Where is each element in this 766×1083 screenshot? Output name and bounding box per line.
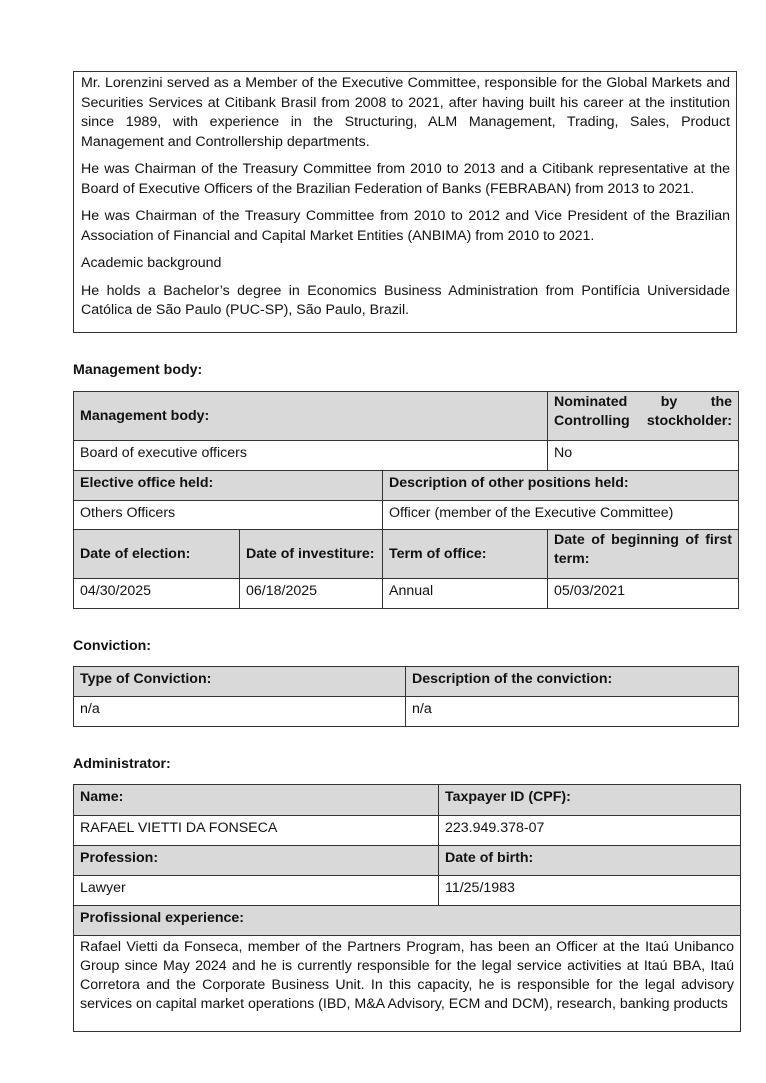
date-investiture-value: 06/18/2025 bbox=[240, 579, 383, 609]
management-body-value: Board of executive officers bbox=[74, 441, 548, 471]
name-value: RAFAEL VIETTI DA FONSECA bbox=[74, 816, 439, 846]
nominated-value: No bbox=[548, 441, 739, 471]
administrator-table: Name: Taxpayer ID (CPF): RAFAEL VIETTI D… bbox=[73, 784, 741, 1032]
date-election-label: Date of election: bbox=[74, 530, 240, 579]
biography-box: Mr. Lorenzini served as a Member of the … bbox=[73, 71, 737, 333]
date-election-value: 04/30/2025 bbox=[74, 579, 240, 609]
cpf-value: 223.949.378-07 bbox=[439, 816, 741, 846]
conviction-type-label: Type of Conviction: bbox=[74, 667, 406, 697]
management-body-label: Management body: bbox=[74, 392, 548, 441]
bio-paragraph: Mr. Lorenzini served as a Member of the … bbox=[81, 74, 730, 152]
conviction-section-title: Conviction: bbox=[73, 638, 151, 654]
birth-label: Date of birth: bbox=[439, 846, 741, 876]
administrator-section-title: Administrator: bbox=[73, 756, 171, 772]
first-term-label: Date of beginning of first term: bbox=[548, 530, 739, 579]
term-label: Term of office: bbox=[383, 530, 548, 579]
management-table: Management body: Nominated by the Contro… bbox=[73, 391, 739, 609]
term-value: Annual bbox=[383, 579, 548, 609]
conviction-description-value: n/a bbox=[406, 697, 739, 727]
birth-value: 11/25/1983 bbox=[439, 876, 741, 906]
nominated-label: Nominated by the Controlling stockholder… bbox=[548, 392, 739, 441]
experience-value: Rafael Vietti da Fonseca, member of the … bbox=[74, 936, 741, 1032]
date-investiture-label: Date of investiture: bbox=[240, 530, 383, 579]
cpf-label: Taxpayer ID (CPF): bbox=[439, 785, 741, 816]
conviction-type-value: n/a bbox=[74, 697, 406, 727]
elective-office-label: Elective office held: bbox=[74, 471, 383, 501]
bio-paragraph: He holds a Bachelor’s degree in Economic… bbox=[81, 282, 730, 321]
elective-office-value: Others Officers bbox=[74, 501, 383, 530]
profession-label: Profession: bbox=[74, 846, 439, 876]
academic-background-heading: Academic background bbox=[81, 254, 730, 274]
name-label: Name: bbox=[74, 785, 439, 816]
first-term-value: 05/03/2021 bbox=[548, 579, 739, 609]
management-section-title: Management body: bbox=[73, 362, 202, 378]
other-positions-label: Description of other positions held: bbox=[383, 471, 739, 501]
experience-label: Profissional experience: bbox=[74, 906, 741, 936]
bio-paragraph: He was Chairman of the Treasury Committe… bbox=[81, 160, 730, 199]
bio-paragraph: He was Chairman of the Treasury Committe… bbox=[81, 207, 730, 246]
conviction-table: Type of Conviction: Description of the c… bbox=[73, 666, 739, 727]
other-positions-value: Officer (member of the Executive Committ… bbox=[383, 501, 739, 530]
conviction-description-label: Description of the conviction: bbox=[406, 667, 739, 697]
profession-value: Lawyer bbox=[74, 876, 439, 906]
